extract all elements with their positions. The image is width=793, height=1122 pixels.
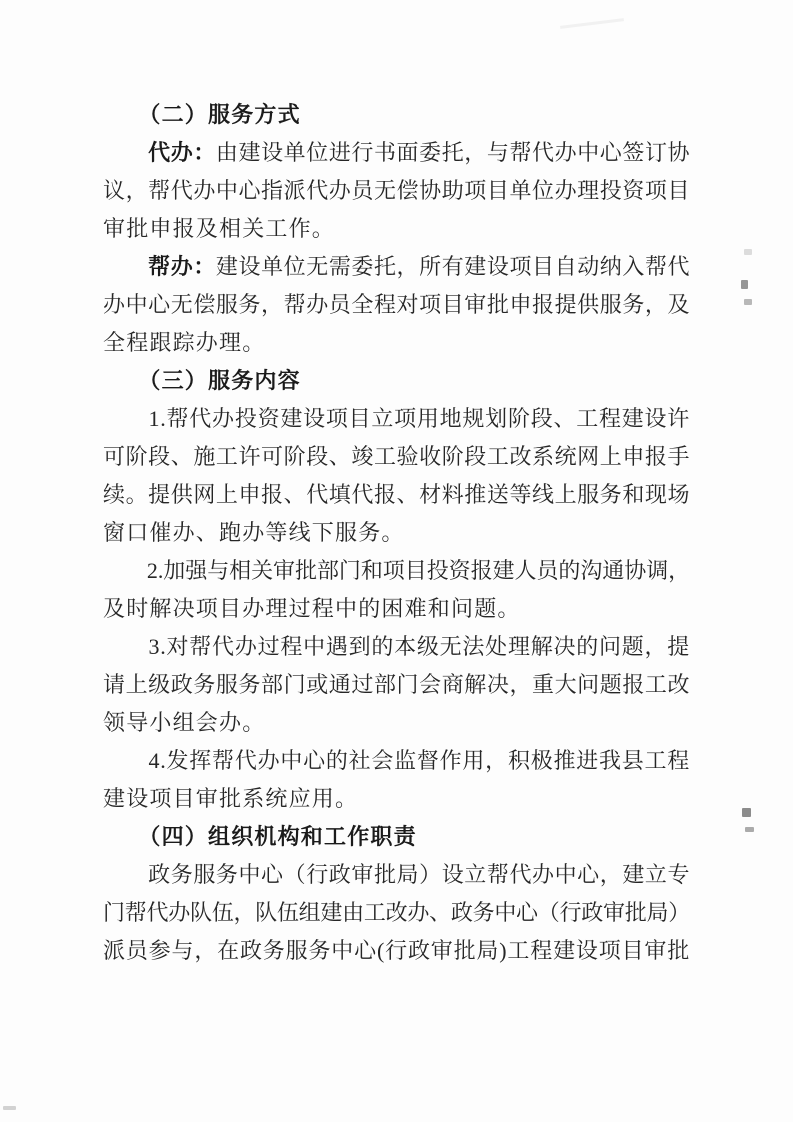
text-line: 4.发挥帮代办中心的社会监督作用，积极推进我县工程	[103, 742, 690, 780]
text-line: 代办：由建设单位进行书面委托，与帮代办中心签订协	[103, 134, 690, 172]
text-line: 门帮代办队伍，队伍组建由工改办、政务中心（行政审批局）	[103, 894, 690, 932]
text-line: 领导小组会办。	[103, 704, 690, 742]
document-body: （二）服务方式 代办：由建设单位进行书面委托，与帮代办中心签订协议，帮代办中心指…	[103, 96, 690, 970]
text-line: 续。提供网上申报、代填代报、材料推送等线上服务和现场	[103, 476, 690, 514]
text-line: 审批申报及相关工作。	[103, 210, 690, 248]
text-line: 1.帮代办投资建设项目立项用地规划阶段、工程建设许	[103, 400, 690, 438]
text-line: 派员参与，在政务服务中心(行政审批局)工程建设项目审批	[103, 932, 690, 970]
text-line: 窗口催办、跑办等线下服务。	[103, 514, 690, 552]
text-line: 请上级政务服务部门或通过部门会商解决，重大问题报工改	[103, 666, 690, 704]
text-line: 2.加强与相关审批部门和项目投资报建人员的沟通协调，	[103, 552, 690, 590]
section-heading-line: （二）服务方式	[103, 96, 690, 134]
scan-artifact	[744, 249, 752, 255]
section-heading-line: （四）组织机构和工作职责	[103, 818, 690, 856]
scan-artifact	[741, 280, 748, 289]
scan-artifact	[742, 808, 751, 817]
text-line: 及时解决项目办理过程中的困难和问题。	[103, 590, 690, 628]
scan-artifact	[745, 827, 754, 832]
text-line: 帮办：建设单位无需委托，所有建设项目自动纳入帮代	[103, 248, 690, 286]
section-heading-line: （三）服务内容	[103, 362, 690, 400]
scanned-document-page: （二）服务方式 代办：由建设单位进行书面委托，与帮代办中心签订协议，帮代办中心指…	[0, 0, 793, 1122]
scan-artifact	[744, 299, 752, 305]
text-line: 办中心无偿服务，帮办员全程对项目审批申报提供服务，及	[103, 286, 690, 324]
scan-streak-artifact	[560, 18, 624, 29]
text-line: 全程跟踪办理。	[103, 324, 690, 362]
text-line: 建设项目审批系统应用。	[103, 780, 690, 818]
text-line: 可阶段、施工许可阶段、竣工验收阶段工改系统网上申报手	[103, 438, 690, 476]
text-line: 3.对帮代办过程中遇到的本级无法处理解决的问题，提	[103, 628, 690, 666]
scan-artifact	[3, 1106, 16, 1110]
text-line: 议，帮代办中心指派代办员无偿协助项目单位办理投资项目	[103, 172, 690, 210]
text-line: 政务服务中心（行政审批局）设立帮代办中心，建立专	[103, 856, 690, 894]
